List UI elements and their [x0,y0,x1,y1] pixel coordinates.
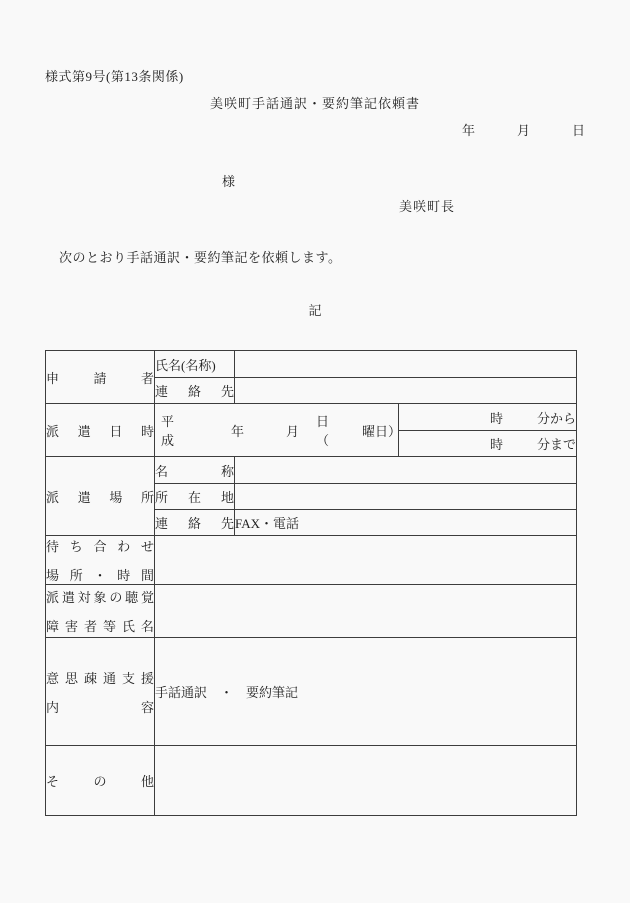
other-value [155,746,577,816]
support-label-cell: 意思疎通支援 内容 [46,638,155,746]
year-label: 年 [231,421,244,440]
support-label: 意思疎通支援 内容 [46,668,154,716]
support-label-line2: 内容 [46,697,154,716]
meeting-label-line2: 場所・時間 [46,565,154,584]
place-address-label: 所在地 [155,487,234,506]
date-month-label: 月 [517,120,530,139]
meeting-value [155,536,577,585]
to-minute-label: 分まで [537,434,576,453]
meeting-label-line1: 待ち合わせ [46,536,154,555]
applicant-contact-label: 連絡先 [155,381,234,400]
ki-heading: 記 [0,300,630,319]
dispatch-datetime-label: 派遣日時 [46,421,154,440]
addressee-suffix: 様 [222,171,236,190]
place-contact-value: FAX・電話 [235,510,577,536]
from-minute-label: 分から [537,408,576,427]
target-value [155,585,577,638]
applicant-name-value [235,351,577,378]
table-row: 派遣対象の聴覚 障害者等氏名 [46,585,577,638]
applicant-name-label: 氏名(名称) [155,355,234,374]
place-name-label: 名称 [155,461,234,480]
month-label: 月 [286,421,299,440]
sender-title: 美咲町長 [399,196,455,215]
form-number: 様式第9号(第13条関係) [45,66,184,85]
target-label: 派遣対象の聴覚 障害者等氏名 [46,587,154,635]
dispatch-datetime-date-cell: 平成 年 月 日（ 曜日） [155,404,399,457]
dispatch-place-label-cell: 派遣場所 [46,457,155,536]
target-label-line2: 障害者等氏名 [46,616,154,635]
from-hour-label: 時 [490,408,503,427]
meeting-label: 待ち合わせ 場所・時間 [46,536,154,584]
dispatch-date-tokens: 平成 年 月 日（ 曜日） [155,411,398,449]
table-row: 派遣日時 平成 年 月 日（ 曜日） 時 分から [46,404,577,431]
table-row: 申請者 氏名(名称) [46,351,577,378]
era-label: 平成 [161,411,185,449]
intro-sentence: 次のとおり手話通訳・要約筆記を依頼します。 [59,247,341,266]
place-address-value [235,484,577,510]
table-row: 意思疎通支援 内容 手話通訳 ・ 要約筆記 [46,638,577,746]
place-name-label-cell: 名称 [155,457,235,484]
applicant-contact-label-cell: 連絡先 [155,378,235,404]
time-from-cell: 時 分から [399,404,577,431]
support-options: 手話通訳 ・ 要約筆記 [155,685,298,700]
table-row: 待ち合わせ 場所・時間 [46,536,577,585]
dispatch-place-label: 派遣場所 [46,487,154,506]
place-name-value [235,457,577,484]
request-form-table: 申請者 氏名(名称) 連絡先 派遣日時 平 [45,350,577,816]
date-day-label: 日 [572,120,585,139]
date-line: 年 月 日 [462,120,585,139]
day-label: 日（ [316,411,340,449]
time-to-cell: 時 分まで [399,431,577,457]
other-label-cell: その他 [46,746,155,816]
applicant-label-cell: 申請者 [46,351,155,404]
place-contact-label-cell: 連絡先 [155,510,235,536]
table-row: その他 [46,746,577,816]
table-row: 派遣場所 名称 [46,457,577,484]
target-label-cell: 派遣対象の聴覚 障害者等氏名 [46,585,155,638]
time-from: 時 分から [399,408,576,427]
support-label-line1: 意思疎通支援 [46,668,154,687]
support-options-cell: 手話通訳 ・ 要約筆記 [155,638,577,746]
to-hour-label: 時 [490,434,503,453]
other-label: その他 [46,771,154,790]
weekday-label: 曜日） [362,421,398,440]
document-page: 様式第9号(第13条関係) 美咲町手話通訳・要約筆記依頼書 年 月 日 様 美咲… [0,0,630,903]
meeting-label-cell: 待ち合わせ 場所・時間 [46,536,155,585]
document-title: 美咲町手話通訳・要約筆記依頼書 [0,93,630,112]
applicant-name-label-cell: 氏名(名称) [155,351,235,378]
time-to: 時 分まで [399,434,576,453]
date-year-label: 年 [462,120,475,139]
place-address-label-cell: 所在地 [155,484,235,510]
applicant-label: 申請者 [46,368,154,387]
applicant-contact-value [235,378,577,404]
dispatch-datetime-label-cell: 派遣日時 [46,404,155,457]
place-contact-label: 連絡先 [155,513,234,532]
target-label-line1: 派遣対象の聴覚 [46,587,154,606]
